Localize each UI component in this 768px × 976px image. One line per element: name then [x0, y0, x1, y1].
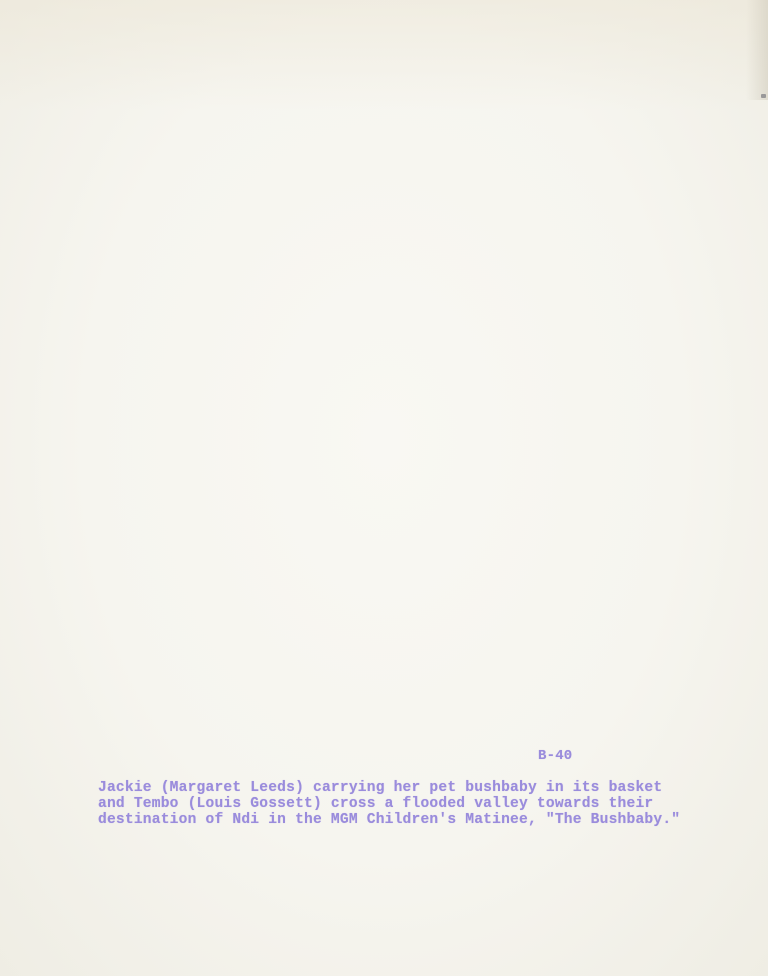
caption-line-2: and Tembo (Louis Gossett) cross a floode… [98, 796, 738, 812]
caption-line-1: Jackie (Margaret Leeds) carrying her pet… [98, 780, 738, 796]
caption: Jackie (Margaret Leeds) carrying her pet… [98, 780, 738, 828]
paper-edge-mark [761, 94, 766, 98]
caption-line-3: destination of Ndi in the MGM Children's… [98, 812, 738, 828]
reference-code: B-40 [538, 748, 572, 764]
paper-edge-shadow [746, 0, 768, 100]
photo-back-sheet: B-40 Jackie (Margaret Leeds) carrying he… [0, 0, 768, 976]
